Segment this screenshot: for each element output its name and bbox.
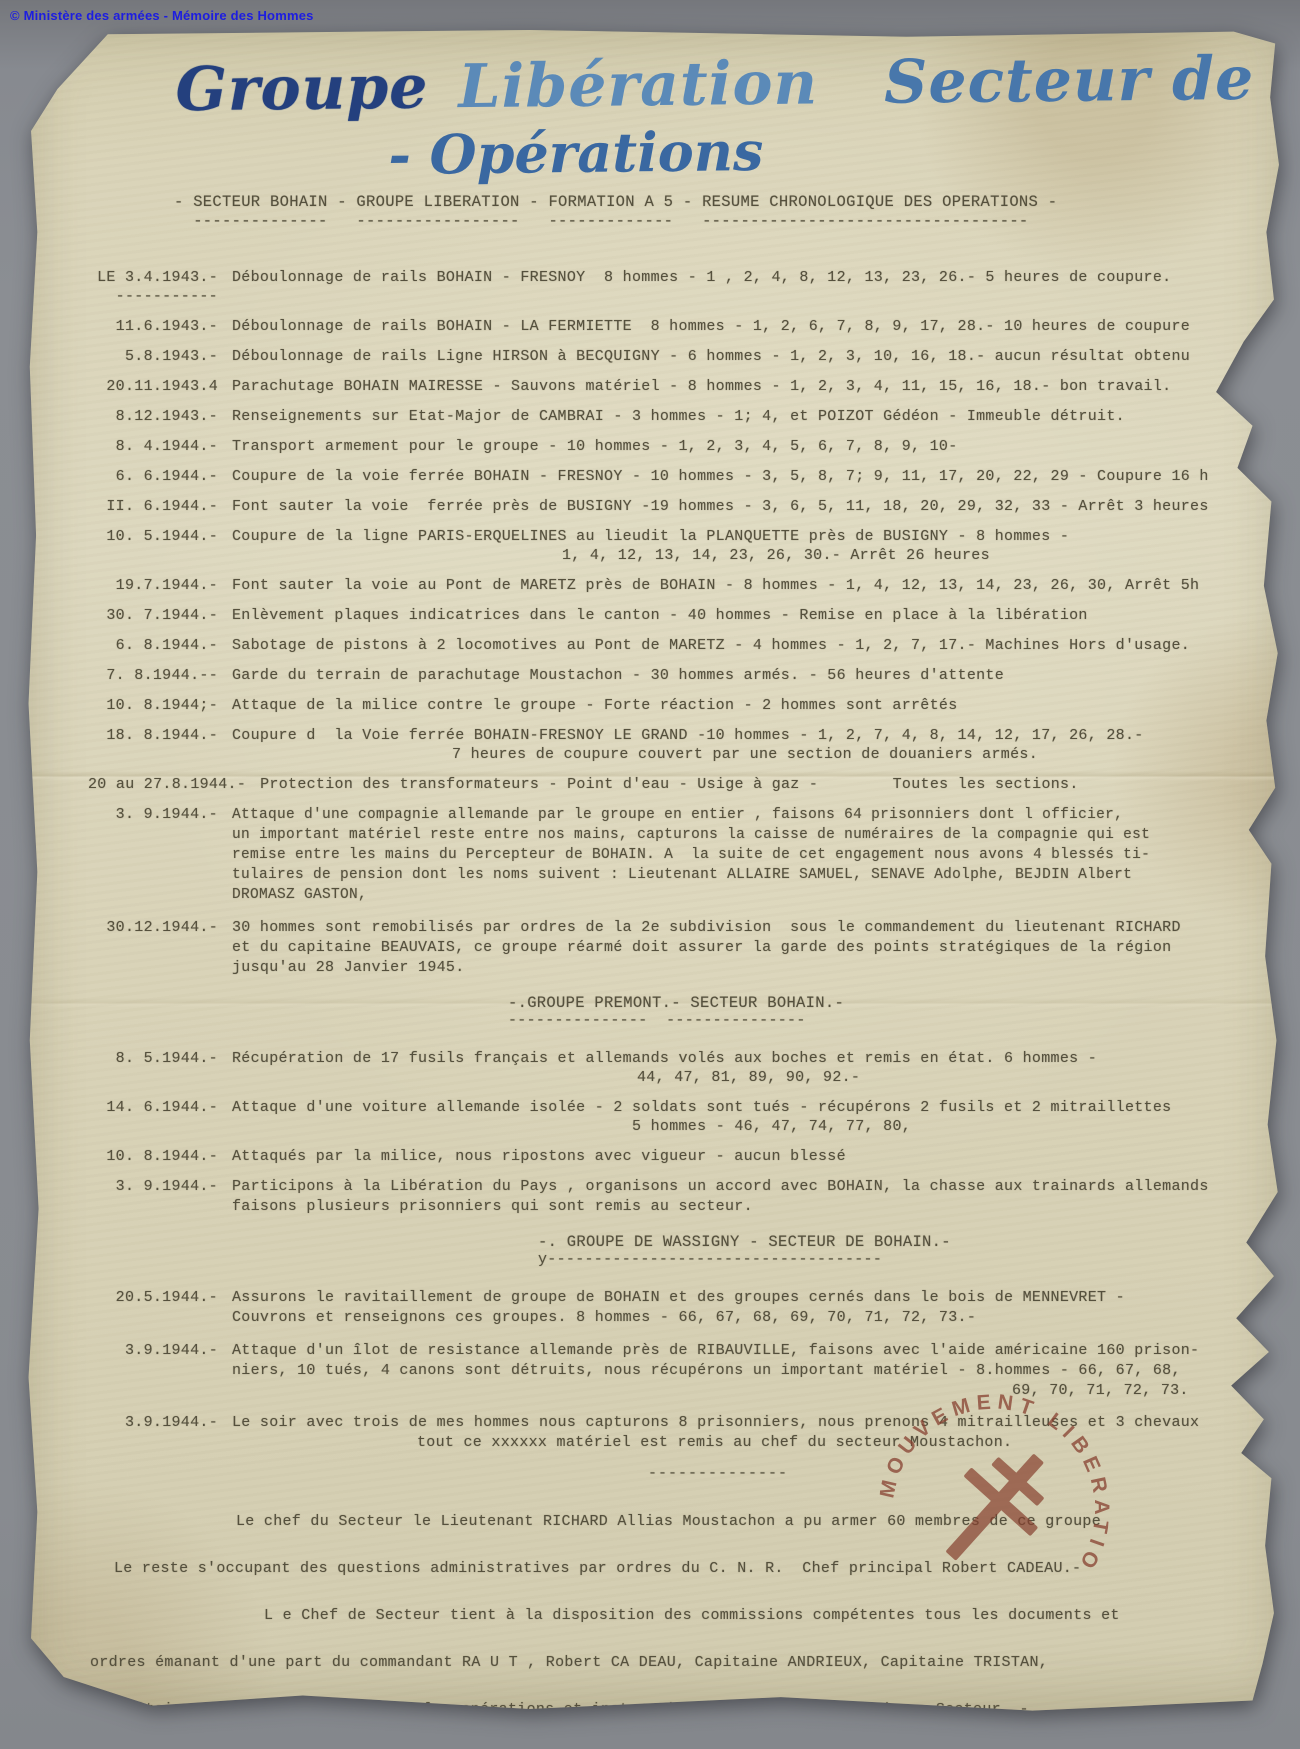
entry-date: 8. 5.1944.- — [88, 1049, 218, 1087]
entry-date: 18. 8.1944.- — [88, 726, 218, 764]
log-entry: LE 3.4.1943.------------Déboulonnage de … — [88, 268, 1238, 306]
log-entry: 19.7.1944.-Font sauter la voie au Pont d… — [88, 576, 1238, 595]
document-header: - SECTEUR BOHAIN - GROUPE LIBERATION - F… — [174, 193, 1238, 211]
title-word-bohain: Bohain — [1274, 41, 1300, 114]
log-entry: II. 6.1944.-Font sauter la voie ferrée p… — [88, 497, 1238, 516]
log-entry: 3.9.1944.-Attaque d'un îlot de resistanc… — [88, 1341, 1238, 1400]
entry-text: Déboulonnage de rails Ligne HIRSON à BEC… — [232, 347, 1238, 366]
section-heading: -. GROUPE DE WASSIGNY - SECTEUR DE BOHAI… — [538, 1233, 1238, 1251]
entry-date: 20.5.1944.- — [88, 1288, 218, 1328]
entry-text: Coupure de la ligne PARIS-ERQUELINES au … — [232, 527, 1238, 565]
closing-line: ordres émanant d'une part du commandant … — [90, 1653, 1238, 1673]
log-entry: 3. 9.1944.-Participons à la Libération d… — [88, 1177, 1238, 1217]
entry-text: Attaque d'une voiture allemande isolée -… — [232, 1098, 1238, 1136]
entry-date: 8.12.1943.- — [88, 407, 218, 426]
entry-date: 3.9.1944.- — [88, 1341, 218, 1400]
title-word-groupe: Groupe — [175, 52, 428, 125]
entry-text: Coupure d la Voie ferrée BOHAIN-FRESNOY … — [232, 726, 1238, 764]
separator-dashes: -------------- — [648, 1465, 1238, 1482]
title-line-1: GroupeLibérationSecteur deBohain — [175, 45, 1156, 125]
section-heading: -.GROUPE PREMONT.- SECTEUR BOHAIN.- — [508, 994, 1238, 1012]
entry-date: 7. 8.1944.-- — [88, 666, 218, 685]
log-entry: 10. 5.1944.-Coupure de la ligne PARIS-ER… — [88, 527, 1238, 565]
entry-text: Renseignements sur Etat-Major de CAMBRAI… — [232, 407, 1238, 426]
entry-text: Déboulonnage de rails BOHAIN - LA FERMIE… — [232, 317, 1238, 336]
entry-date: II. 6.1944.- — [88, 497, 218, 516]
document-header-underline: -------------- ----------------- -------… — [174, 212, 1238, 230]
entry-text: Coupure de la voie ferrée BOHAIN - FRESN… — [232, 467, 1238, 486]
title-word-liberation: Libération — [458, 48, 818, 122]
entry-date: 5.8.1943.- — [88, 347, 218, 366]
entry-date: 19.7.1944.- — [88, 576, 218, 595]
entry-text: Sabotage de pistons à 2 locomotives au P… — [232, 636, 1238, 655]
entry-date: 20.11.1943.4 — [88, 377, 218, 396]
entry-text: Garde du terrain de parachutage Moustach… — [232, 666, 1238, 685]
entry-text: 30 hommes sont remobilisés par ordres de… — [232, 918, 1238, 978]
entry-date: LE 3.4.1943.------------ — [88, 268, 218, 306]
section-heading-underline: --------------- --------------- — [508, 1012, 1238, 1029]
log-entry: 3.9.1944.-Le soir avec trois de mes homm… — [88, 1413, 1238, 1452]
entry-text: Attaqués par la milice, nous ripostons a… — [232, 1147, 1238, 1166]
entry-text: Attaque d'une compagnie allemande par le… — [232, 805, 1238, 905]
log-entry: 10. 8.1944.-Attaqués par la milice, nous… — [88, 1147, 1238, 1166]
entry-text: Le soir avec trois de mes hommes nous ca… — [232, 1413, 1238, 1452]
entry-continuation: 7 heures de coupure couvert par une sect… — [452, 745, 1238, 764]
entry-date: 10. 8.1944;- — [88, 696, 218, 715]
paper-background: GroupeLibérationSecteur deBohain - Opéra… — [26, 30, 1284, 1714]
entry-date: 10. 5.1944.- — [88, 527, 218, 565]
title-line-2: - Opérations — [388, 115, 1157, 187]
typed-content: - SECTEUR BOHAIN - GROUPE LIBERATION - F… — [88, 193, 1238, 1747]
closing-line: Capitaine BEAUVAIS qui concernent les op… — [108, 1700, 1238, 1720]
entry-date: 3. 9.1944.- — [88, 1177, 218, 1217]
log-entry: 8. 4.1944.-Transport armement pour le gr… — [88, 437, 1238, 456]
closing-paragraphs: Le chef du Secteur le Lieutenant RICHARD… — [88, 1512, 1238, 1720]
entry-continuation: 69, 70, 71, 72, 73. — [1012, 1381, 1238, 1400]
section-heading-underline: y------------------------------------ — [538, 1251, 1238, 1268]
log-entry: 20 au 27.8.1944.-Protection des transfor… — [88, 775, 1238, 794]
entry-date: 30. 7.1944.- — [88, 606, 218, 625]
entry-date-underline: ----------- — [88, 287, 218, 306]
log-entry: 11.6.1943.-Déboulonnage de rails BOHAIN … — [88, 317, 1238, 336]
handwritten-title: GroupeLibérationSecteur deBohain - Opéra… — [175, 45, 1156, 189]
entry-text: Récupération de 17 fusils français et al… — [232, 1049, 1238, 1087]
archive-watermark: © Ministère des armées - Mémoire des Hom… — [10, 8, 314, 23]
log-entry: 5.8.1943.-Déboulonnage de rails Ligne HI… — [88, 347, 1238, 366]
entry-text: Protection des transformateurs - Point d… — [260, 775, 1238, 794]
log-entry: 10. 8.1944;-Attaque de la milice contre … — [88, 696, 1238, 715]
entry-text: Assurons le ravitaillement de groupe de … — [232, 1288, 1238, 1328]
closing-line: L e Chef de Secteur tient à la dispositi… — [264, 1606, 1238, 1626]
log-entry: 8.12.1943.-Renseignements sur Etat-Major… — [88, 407, 1238, 426]
log-entry: 6. 6.1944.-Coupure de la voie ferrée BOH… — [88, 467, 1238, 486]
entry-date: 30.12.1944.- — [88, 918, 218, 978]
entry-continuation: 1, 4, 12, 13, 14, 23, 26, 30.- Arrêt 26 … — [562, 546, 1238, 565]
entry-text: Enlèvement plaques indicatrices dans le … — [232, 606, 1238, 625]
closing-line: Le reste s'occupant des questions admini… — [114, 1559, 1238, 1579]
closing-line: Le chef du Secteur le Lieutenant RICHARD… — [236, 1512, 1238, 1532]
log-entry: 7. 8.1944.--Garde du terrain de parachut… — [88, 666, 1238, 685]
entry-text: Font sauter la voie au Pont de MARETZ pr… — [232, 576, 1238, 595]
entry-text: Transport armement pour le groupe - 10 h… — [232, 437, 1238, 456]
entry-date: 6. 6.1944.- — [88, 467, 218, 486]
title-word-secteur: Secteur de — [884, 44, 1255, 118]
entry-date: 8. 4.1944.- — [88, 437, 218, 456]
entry-date: 11.6.1943.- — [88, 317, 218, 336]
entries-area: LE 3.4.1943.------------Déboulonnage de … — [88, 268, 1238, 1452]
entry-text: Déboulonnage de rails BOHAIN - FRESNOY 8… — [232, 268, 1238, 306]
entry-text: Attaque de la milice contre le groupe - … — [232, 696, 1238, 715]
entry-continuation: 5 hommes - 46, 47, 74, 77, 80, — [632, 1117, 1238, 1136]
log-entry: 30. 7.1944.-Enlèvement plaques indicatri… — [88, 606, 1238, 625]
entry-continuation: tout ce xxxxxx matériel est remis au che… — [417, 1433, 1238, 1452]
log-entry: 20.11.1943.4Parachutage BOHAIN MAIRESSE … — [88, 377, 1238, 396]
log-entry: 18. 8.1944.-Coupure d la Voie ferrée BOH… — [88, 726, 1238, 764]
entry-text: Participons à la Libération du Pays , or… — [232, 1177, 1238, 1217]
entry-date: 3. 9.1944.- — [88, 805, 218, 905]
log-entry: 20.5.1944.-Assurons le ravitaillement de… — [88, 1288, 1238, 1328]
entry-date: 10. 8.1944.- — [88, 1147, 218, 1166]
entry-date: 20 au 27.8.1944.- — [88, 775, 246, 794]
entry-date: 6. 8.1944.- — [88, 636, 218, 655]
log-entry: 8. 5.1944.-Récupération de 17 fusils fra… — [88, 1049, 1238, 1087]
entry-date: 3.9.1944.- — [88, 1413, 218, 1452]
log-entry: 30.12.1944.-30 hommes sont remobilisés p… — [88, 918, 1238, 978]
document-sheet: GroupeLibérationSecteur deBohain - Opéra… — [26, 30, 1284, 1714]
log-entry: 6. 8.1944.-Sabotage de pistons à 2 locom… — [88, 636, 1238, 655]
entry-text: Font sauter la voie ferrée près de BUSIG… — [232, 497, 1238, 516]
log-entry: 3. 9.1944.-Attaque d'une compagnie allem… — [88, 805, 1238, 905]
screenshot-root: { "watermark": "© Ministère des armées -… — [0, 0, 1300, 1749]
entry-continuation: 44, 47, 81, 89, 90, 92.- — [637, 1068, 1238, 1087]
entry-text: Attaque d'un îlot de resistance allemand… — [232, 1341, 1238, 1400]
log-entry: 14. 6.1944.-Attaque d'une voiture allema… — [88, 1098, 1238, 1136]
entry-text: Parachutage BOHAIN MAIRESSE - Sauvons ma… — [232, 377, 1238, 396]
entry-date: 14. 6.1944.- — [88, 1098, 218, 1136]
